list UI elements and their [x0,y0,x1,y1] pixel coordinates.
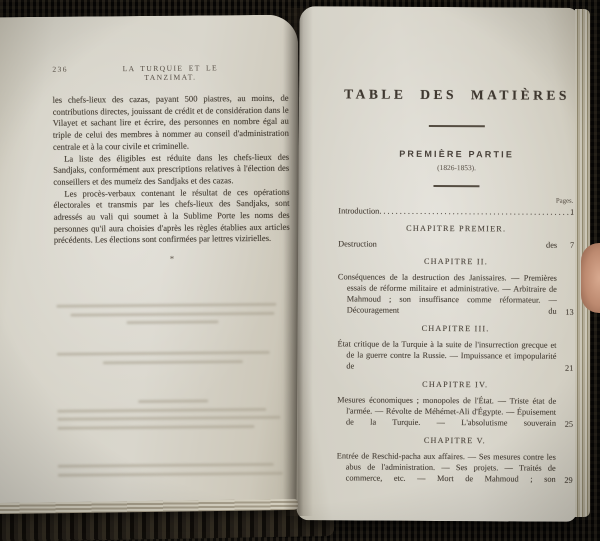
section-separator-mark: * [54,253,290,265]
toc-entry-page: 1 [570,206,574,217]
pages-column-label: Pages. [338,196,574,204]
chapter-heading: CHAPITRE III. [338,322,574,334]
toc-entry-text: Introduction [338,206,379,215]
table-of-contents: TABLE DES MATIÈRES PREMIÈRE PARTIE (1826… [337,86,575,485]
chapter-heading: CHAPITRE V. [337,434,573,446]
toc-entry-page: 13 [565,306,573,317]
chapter-heading: CHAPITRE II. [338,255,574,267]
toc-entry: Destruction des Janissaires 7 [338,238,574,250]
divider-rule [433,185,479,187]
toc-entry-text: Conséquences de la destruction des Janis… [338,272,557,317]
toc-entry-text: Mesures économiques ; monopoles de l'Éta… [337,395,556,429]
bleed-through-text [57,351,289,370]
toc-entry-text: État critique de la Turquie à la suite d… [337,339,556,373]
chapter-heading: CHAPITRE IV. [337,378,573,390]
left-page-content: 236 LA TURQUIE ET LE TANZIMAT. les chefs… [52,63,290,265]
divider-rule [429,125,485,127]
bleed-through-text [58,463,290,482]
running-title: LA TURQUIE ET LE TANZIMAT. [94,63,246,82]
toc-entry: Mesures économiques ; monopoles de l'Éta… [337,394,573,429]
dot-leader [367,428,573,429]
toc-entry-text: Destruction des Janissaires [338,239,557,250]
toc-entry-text: Entrée de Reschid-pacha aux affaires. — … [337,451,556,485]
toc-entries: Introduction 1 CHAPITRE PREMIER. Destruc… [337,205,575,485]
toc-entry: État critique de la Turquie à la suite d… [337,338,573,373]
paragraph: La liste des éligibles est réduite dans … [53,151,289,188]
dot-leader [369,316,574,317]
left-page-header: 236 LA TURQUIE ET LE TANZIMAT. [52,63,288,83]
dot-leader [380,372,573,373]
left-page: 236 LA TURQUIE ET LE TANZIMAT. les chefs… [0,15,302,510]
book-photo: 236 LA TURQUIE ET LE TANZIMAT. les chefs… [0,0,600,541]
toc-entry: Conséquences de la destruction des Janis… [338,271,574,317]
dot-leader [379,206,574,217]
part-dates: (1826-1853). [339,162,575,172]
toc-entry-page: 29 [564,474,572,485]
chapter-heading: CHAPITRE PREMIER. [338,222,574,234]
toc-entry-page: 7 [570,239,574,250]
toc-entry-page: 21 [565,362,573,373]
right-page: TABLE DES MATIÈRES PREMIÈRE PARTIE (1826… [296,6,579,522]
page-number: 236 [52,64,94,73]
part-heading: PREMIÈRE PARTIE [339,148,575,159]
bleed-through-text [56,303,288,331]
toc-entry-page: 25 [565,418,573,429]
paragraph: Les procès-verbaux contenant le résultat… [53,186,290,247]
bleed-through-text [57,399,289,435]
toc-entry: Entrée de Reschid-pacha aux affaires. — … [337,450,573,485]
toc-title: TABLE DES MATIÈRES [339,86,575,103]
toc-entry: Introduction 1 [338,205,574,217]
fingertip [581,243,600,313]
dot-leader [366,484,573,485]
paragraph: les chefs-lieux des cazas, payant 500 pi… [53,93,290,154]
left-page-body: les chefs-lieux des cazas, payant 500 pi… [53,93,290,247]
